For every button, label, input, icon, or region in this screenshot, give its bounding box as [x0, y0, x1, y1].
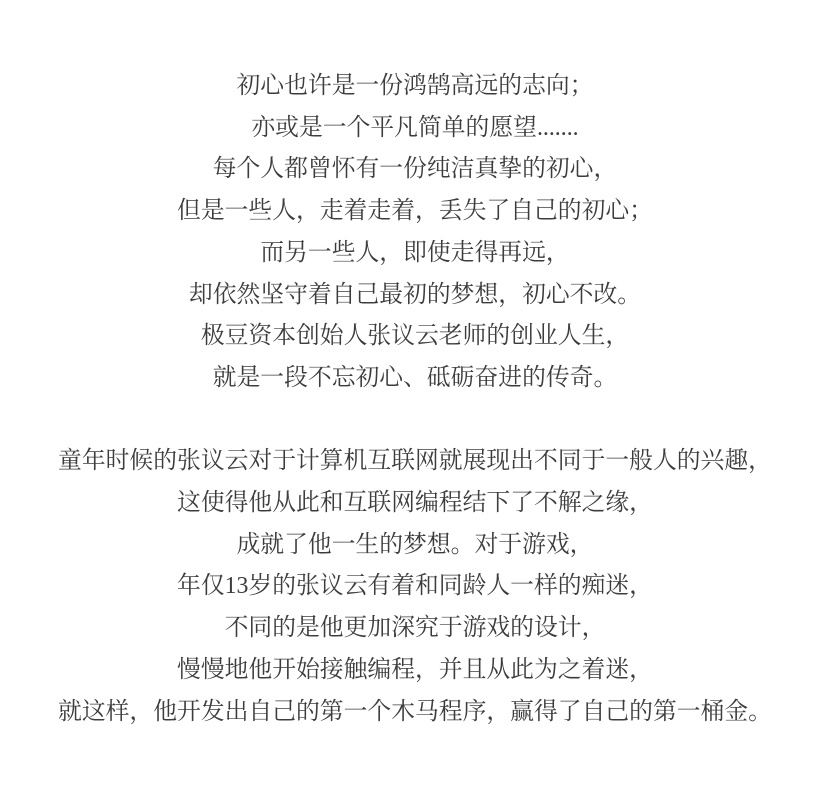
text-line: 而另一些人，即使走得再远， — [0, 233, 830, 275]
text-line: 就是一段不忘初心、砥砺奋进的传奇。 — [0, 358, 830, 400]
text-line: 极豆资本创始人张议云老师的创业人生， — [0, 316, 830, 358]
text-line: 但是一些人，走着走着，丢失了自己的初心； — [0, 191, 830, 233]
text-line: 不同的是他更加深究于游戏的设计， — [0, 608, 830, 650]
text-line: 就这样，他开发出自己的第一个木马程序，赢得了自己的第一桶金。 — [0, 692, 830, 734]
text-line: 初心也许是一份鸿鹄高远的志向； — [0, 66, 830, 108]
article-body: 初心也许是一份鸿鹄高远的志向； 亦或是一个平凡简单的愿望....... 每个人都… — [0, 0, 830, 733]
text-line: 亦或是一个平凡简单的愿望....... — [0, 108, 830, 150]
paragraph-childhood: 童年时候的张议云对于计算机互联网就展现出不同于一般人的兴趣， 这使得他从此和互联… — [0, 441, 830, 733]
text-line: 慢慢地他开始接触编程，并且从此为之着迷， — [0, 650, 830, 692]
text-line: 成就了他一生的梦想。对于游戏， — [0, 525, 830, 567]
text-line: 却依然坚守着自己最初的梦想，初心不改。 — [0, 275, 830, 317]
text-line: 每个人都曾怀有一份纯洁真挚的初心， — [0, 149, 830, 191]
paragraph-intro: 初心也许是一份鸿鹄高远的志向； 亦或是一个平凡简单的愿望....... 每个人都… — [0, 66, 830, 400]
text-line: 这使得他从此和互联网编程结下了不解之缘， — [0, 483, 830, 525]
text-line: 年仅13岁的张议云有着和同龄人一样的痴迷， — [0, 566, 830, 608]
text-line: 童年时候的张议云对于计算机互联网就展现出不同于一般人的兴趣， — [0, 441, 830, 483]
